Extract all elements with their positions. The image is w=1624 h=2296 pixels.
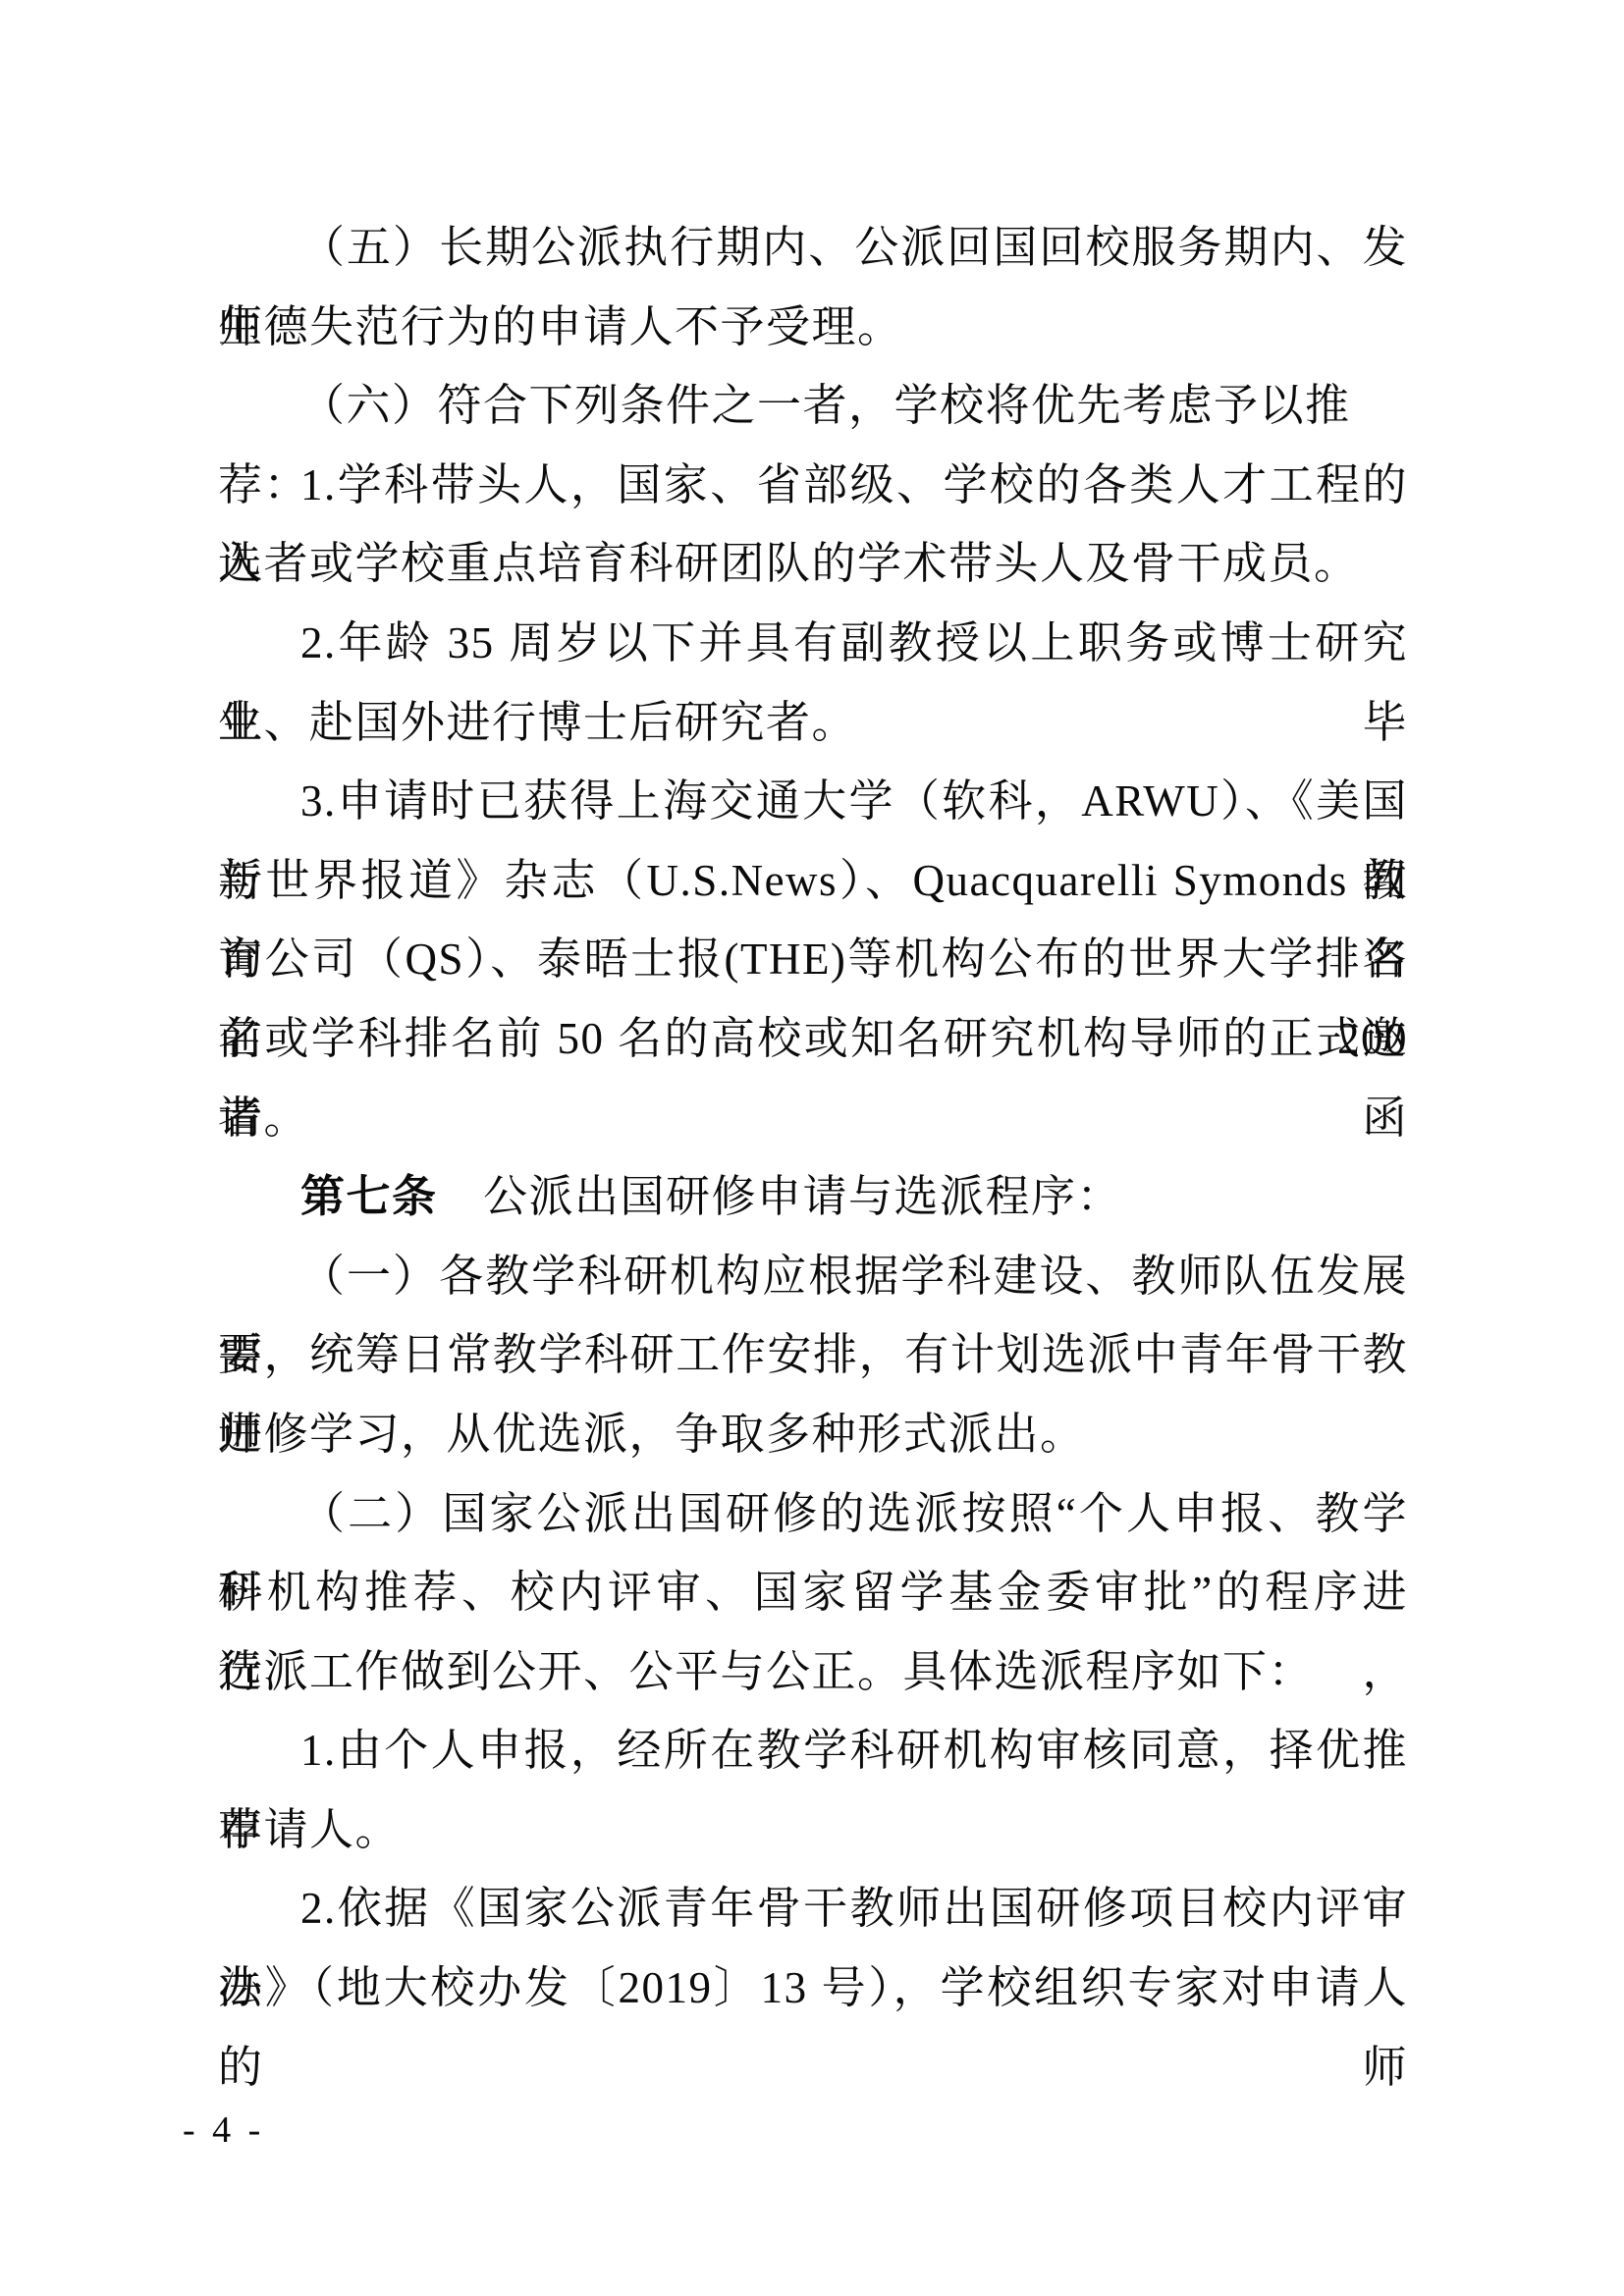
article-7-heading: 第七条 公派出国研修申请与选派程序：: [218, 1157, 1408, 1237]
article-7-item-2-line-1: （二）国家公派出国研修的选派按照“个人申报、教学科: [218, 1474, 1408, 1554]
clause-5-line-2: 师德失范行为的申请人不予受理。: [218, 288, 1408, 367]
article-number-bold: 第七条: [300, 1172, 438, 1221]
item-3-line-2: 与世界报道》杂志（U.S.News）、Quacquarelli Symonds …: [218, 841, 1408, 921]
item-1-line-2: 选者或学校重点培育科研团队的学术带头人及骨干成员。: [218, 524, 1408, 604]
article-7-item-2-line-3: 选派工作做到公开、公平与公正。具体选派程序如下：: [218, 1632, 1408, 1712]
article-7-item-1-line-2: 要，统筹日常教学科研工作安排，有计划选派中青年骨干教师: [218, 1315, 1408, 1395]
clause-6-line-1: （六）符合下列条件之一者，学校将优先考虑予以推荐：: [218, 366, 1408, 446]
document-page: （五）长期公派执行期内、公派回国回校服务期内、发生师德失范行为的申请人不予受理。…: [0, 0, 1624, 2296]
article-7-item-1-line-3: 进修学习，从优选派，争取多种形式派出。: [218, 1395, 1408, 1474]
item-3-line-3: 询公司（QS）、泰晤士报(THE)等机构公布的世界大学排名前 200: [218, 920, 1408, 999]
item-2-line-1: 2.年龄 35 周岁以下并具有副教授以上职务或博士研究生毕: [218, 604, 1408, 683]
item-3-line-1: 3.申请时已获得上海交通大学（软科，ARWU）、《美国新闻: [218, 762, 1408, 841]
procedure-1-line-2: 申请人。: [218, 1790, 1408, 1870]
article-7-item-2-line-2: 研机构推荐、校内评审、国家留学基金委审批”的程序进行，: [218, 1553, 1408, 1632]
clause-5-line-1: （五）长期公派执行期内、公派回国回校服务期内、发生: [218, 208, 1408, 288]
item-3-line-4: 名或学科排名前 50 名的高校或知名研究机构导师的正式邀请函: [218, 999, 1408, 1079]
item-1-line-1: 1.学科带头人，国家、省部级、学校的各类人才工程的入: [218, 446, 1408, 525]
procedure-1-line-1: 1.由个人申报，经所在教学科研机构审核同意，择优推荐: [218, 1711, 1408, 1790]
document-body: （五）长期公派执行期内、公派回国回校服务期内、发生师德失范行为的申请人不予受理。…: [218, 208, 1408, 2028]
article-title-text: 公派出国研修申请与选派程序：: [438, 1172, 1123, 1221]
page-number: - 4 -: [183, 2107, 264, 2154]
article-7-item-1-line-1: （一）各教学科研机构应根据学科建设、教师队伍发展需: [218, 1237, 1408, 1316]
procedure-2-line-1: 2.依据《国家公派青年骨干教师出国研修项目校内评审办: [218, 1869, 1408, 1949]
procedure-2-line-2: 法》（地大校办发〔2019〕13 号），学校组织专家对申请人的师: [218, 1949, 1408, 2028]
